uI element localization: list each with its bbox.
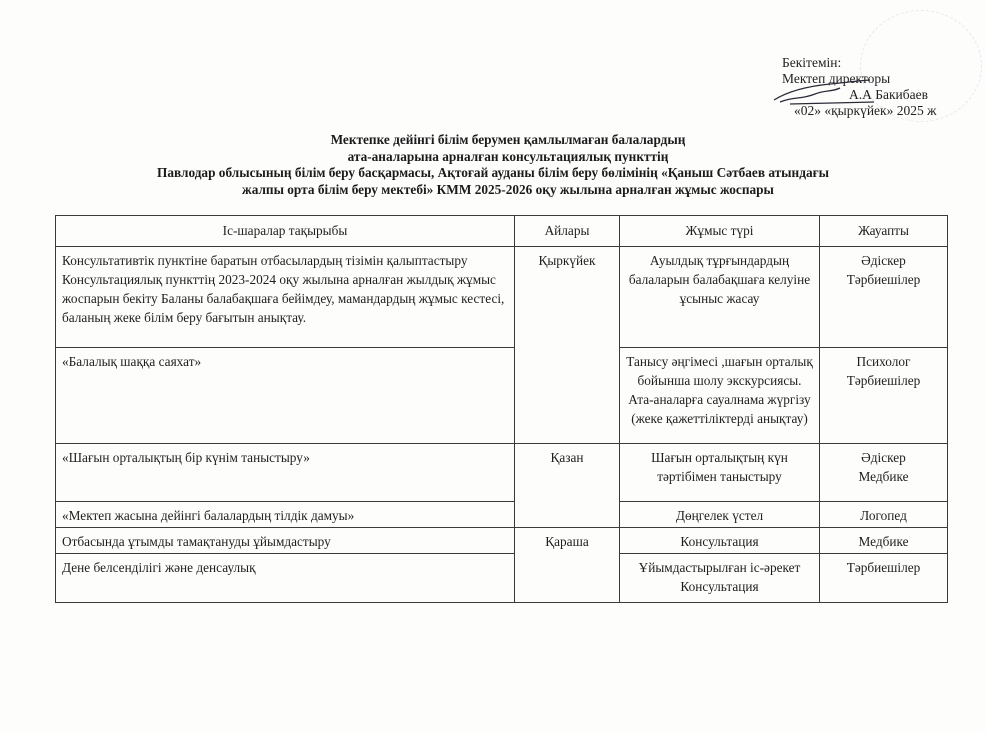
table-row: Отбасында ұтымды тамақтануды ұйымдастыру… [56, 528, 948, 554]
approval-director-name: А.А Бакибаев [782, 87, 936, 103]
cell-responsible: Әдіскер Медбике [820, 444, 948, 502]
cell-responsible: Әдіскер Тәрбиешілер [820, 247, 948, 348]
cell-topic: Консультативтік пунктіне баратын отбасыл… [56, 247, 515, 348]
approval-label: Бекітемін: [782, 55, 936, 71]
table-header-row: Іс-шаралар тақырыбы Айлары Жұмыс түрі Жа… [56, 216, 948, 247]
work-plan-table: Іс-шаралар тақырыбы Айлары Жұмыс түрі Жа… [55, 215, 948, 603]
cell-month: Қыркүйек [515, 247, 620, 444]
title-line-1: Мектепке дейінгі білім берумен қамлылмағ… [0, 132, 986, 149]
title-line-4: жалпы орта білім беру мектебі» КММ 2025-… [0, 182, 986, 199]
table-row: «Балалық шаққа саяхат» Танысу әңгімесі ,… [56, 348, 948, 444]
table-row: «Мектеп жасына дейінгі балалардың тілдік… [56, 502, 948, 528]
header-months: Айлары [515, 216, 620, 247]
cell-work-type: Шағын орталықтың күн тәртібімен таныстыр… [620, 444, 820, 502]
title-line-3: Павлодар облысының білім беру басқармасы… [0, 165, 986, 182]
cell-responsible: Логопед [820, 502, 948, 528]
title-line-2: ата-аналарына арналған консультациялық п… [0, 149, 986, 166]
cell-topic: «Шағын орталықтың бір күнім таныстыру» [56, 444, 515, 502]
cell-responsible: Психолог Тәрбиешілер [820, 348, 948, 444]
header-topic: Іс-шаралар тақырыбы [56, 216, 515, 247]
cell-topic: «Мектеп жасына дейінгі балалардың тілдік… [56, 502, 515, 528]
cell-month: Қазан [515, 444, 620, 528]
cell-responsible: Тәрбиешілер [820, 554, 948, 603]
cell-topic: Дене белсенділігі және денсаулық [56, 554, 515, 603]
cell-work-type: Танысу әңгімесі ,шағын орталық бойынша ш… [620, 348, 820, 444]
approval-position: Мектеп директоры [782, 71, 936, 87]
approval-date: «02» «қыркүйек» 2025 ж [782, 103, 936, 119]
header-responsible: Жауапты [820, 216, 948, 247]
cell-responsible: Медбике [820, 528, 948, 554]
cell-work-type: Ұйымдастырылған іс-әрекет Консультация [620, 554, 820, 603]
approval-block: Бекітемін: Мектеп директоры А.А Бакибаев… [782, 55, 936, 119]
document-title: Мектепке дейінгі білім берумен қамлылмағ… [0, 132, 986, 198]
cell-topic: «Балалық шаққа саяхат» [56, 348, 515, 444]
table-row: Дене белсенділігі және денсаулық Ұйымдас… [56, 554, 948, 603]
table-row: «Шағын орталықтың бір күнім таныстыру» Қ… [56, 444, 948, 502]
cell-work-type: Консультация [620, 528, 820, 554]
header-work-type: Жұмыс түрі [620, 216, 820, 247]
cell-topic: Отбасында ұтымды тамақтануды ұйымдастыру [56, 528, 515, 554]
table-row: Консультативтік пунктіне баратын отбасыл… [56, 247, 948, 348]
cell-work-type: Дөңгелек үстел [620, 502, 820, 528]
cell-work-type: Ауылдық тұрғындардың балаларын балабақша… [620, 247, 820, 348]
cell-month: Қараша [515, 528, 620, 603]
